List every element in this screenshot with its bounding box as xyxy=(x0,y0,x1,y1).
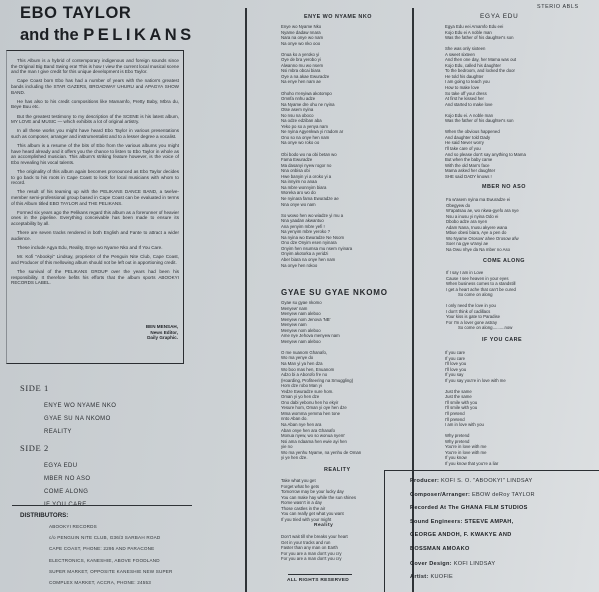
lyrics-title-enye-wo-nyame-nko: ENYE WO NYAME NKO xyxy=(304,14,372,20)
credit-label: Recorded At The xyxy=(410,505,459,511)
distributor-line: SUPER MARKET, OPPOSITE KANESHIE NEW SUPE… xyxy=(49,569,173,574)
side-heading: SIDE 1 xyxy=(20,383,49,393)
credit-label: Artist: xyxy=(410,574,429,580)
credit-value: KOFI S. O. "ABOOKYI" LINDSAY xyxy=(441,478,533,484)
liner-paragraph: This Album is a hybrid of contemporary i… xyxy=(11,58,179,75)
credit-label: Sound Engineers: xyxy=(410,519,463,525)
track-title: ENYE WO NYAME NKO xyxy=(44,403,116,409)
lyrics-title-reality: REALITY xyxy=(324,467,351,473)
credit-value: GHANA FILM STUDIOS xyxy=(461,505,528,511)
liner-paragraph: Mr. Kofi "Abookyi" Lindsay, proprietor o… xyxy=(11,254,179,265)
liner-paragraph: In all these works you might have heard … xyxy=(11,128,179,139)
lyrics-come-along: If I say I am in Love Cause I see heaven… xyxy=(446,270,516,331)
liner-notes-signature: BEN MENSAH,News Editor,Daily Graphic. xyxy=(118,324,178,341)
track-title: MBER NO ASO xyxy=(44,476,90,482)
credit-label: Cover Design: xyxy=(410,561,452,567)
credit-row: Artist: KUOFIE xyxy=(410,574,535,588)
distributors-divider xyxy=(12,505,192,506)
liner-paragraph: Cape Coast born Ebo has had a number of … xyxy=(11,78,179,95)
distributor-line: ABOOKYI RECORDS xyxy=(49,524,173,529)
credits-list: Producer: KOFI S. O. "ABOOKYI" LINDSAYCo… xyxy=(410,478,535,588)
credit-row: Sound Engineers: STEEVE AMPAH, xyxy=(410,519,535,533)
liner-paragraph: He has also to his credit compositions l… xyxy=(11,99,179,110)
credit-row: BOSSMAN AMOAKO xyxy=(410,546,535,561)
credit-value: KUOFIE xyxy=(430,574,453,580)
liner-paragraph: This album is a resume of the bits of Eb… xyxy=(11,143,179,165)
credit-value: KOFI LINDSAY xyxy=(454,561,496,567)
liner-notes: This Album is a hybrid of contemporary i… xyxy=(11,58,179,289)
lyrics-title-come-along: COME ALONG xyxy=(483,258,525,264)
liner-paragraph: The originality of this album again beco… xyxy=(11,169,179,186)
liner-paragraph: The survival of the PELIKANS GROUP over … xyxy=(11,269,179,286)
distributor-line: CAPE COAST, PHONE: 2295 AND PARACONE xyxy=(49,546,173,551)
lyrics-mber-no-aso: Fa w'asem nyina ma Ewuradze ei Obegyew d… xyxy=(446,197,519,252)
stereo-catalog-label: STERIO ABLS xyxy=(537,4,579,10)
lyrics-title-if-you-care: IF YOU CARE xyxy=(482,337,522,343)
lyrics-reality-verse-2: Don't wait till she breaks your heart Ge… xyxy=(281,534,348,562)
liner-paragraph: There are seven tracks rendered in both … xyxy=(11,230,179,241)
lyrics-egya-edu: Egya Edu eei Amamfo Edu eei Kojo Edu ei … xyxy=(445,24,526,179)
credit-label: Composer/Arranger: xyxy=(410,492,470,498)
track-title: GYAE SU NA NKOMO xyxy=(44,416,111,422)
album-band-title: and the PELIKANS xyxy=(20,26,195,45)
credit-row: Producer: KOFI S. O. "ABOOKYI" LINDSAY xyxy=(410,478,535,492)
column-divider-left xyxy=(245,8,247,592)
credit-label: Producer: xyxy=(410,478,439,484)
credit-value: STEEVE AMPAH, xyxy=(465,519,514,525)
signature-line: Daily Graphic. xyxy=(118,335,178,341)
credit-value: GEORGE ANDOH, F. KWAKYE AND xyxy=(410,532,512,538)
liner-paragraph: Formed six years ago the Pelikans regard… xyxy=(11,210,179,227)
lyrics-title-egya-edu: EGYA EDU xyxy=(480,13,519,20)
distributors-heading: DISTRIBUTORS: xyxy=(20,512,68,519)
album-artist-title: EBO TAYLOR xyxy=(20,4,131,23)
liner-paragraph: These include Agya Edu, Reality, Enye wo… xyxy=(11,245,179,251)
distributor-line: c/o PENGUIN NITE CLUB, G36/3 SARBAH ROAD xyxy=(49,535,173,540)
lyrics-gyae-su-gyae-nkomo: Gyae su gyae nkomo Menyew' nam Menyew na… xyxy=(281,300,361,461)
rights-divider xyxy=(288,574,352,575)
band-name: PELIKANS xyxy=(83,26,194,44)
lyrics-title-gyae-su-gyae-nkomo: GYAE SU GYAE NKOMO xyxy=(281,288,388,297)
distributor-line: ELECTRONICS, KANESHIE, ABOVE FOODLAND xyxy=(49,558,173,563)
all-rights-reserved: ALL RIGHTS RESERVED xyxy=(287,578,349,583)
side-heading: SIDE 2 xyxy=(20,443,49,453)
liner-paragraph: But the greatest testimony to my descrip… xyxy=(11,114,179,125)
credit-row: Composer/Arranger: EBOW deRoy TAYLOR xyxy=(410,492,535,506)
credit-value: BOSSMAN AMOAKO xyxy=(410,546,470,552)
track-title: REALITY xyxy=(44,429,72,435)
liner-paragraph: The result of his teaming up with the PE… xyxy=(11,189,179,206)
credit-value: EBOW deRoy TAYLOR xyxy=(472,492,535,498)
track-title: COME ALONG xyxy=(44,489,88,495)
lyrics-title-mber-no-aso: MBER NO ASO xyxy=(482,184,526,190)
credit-row: Recorded At The GHANA FILM STUDIOS xyxy=(410,505,535,519)
lyrics-enye-wo-nyame-nko: Enye wo Nyame Nko Nyame dadaw nnara Nara… xyxy=(281,24,352,268)
credit-row: GEORGE ANDOH, F. KWAKYE AND xyxy=(410,532,535,546)
credit-row: Cover Design: KOFI LINDSAY xyxy=(410,561,535,575)
lyrics-reality: Take what you get Forget what he gets To… xyxy=(281,478,356,522)
distributors-list: ABOOKYI RECORDSc/o PENGUIN NITE CLUB, G3… xyxy=(49,524,173,591)
lyrics-reality-refrain: Reality xyxy=(314,523,333,528)
and-the-text: and the xyxy=(20,26,79,44)
lyrics-if-you-care: If you care If you care I'll love you I'… xyxy=(445,350,506,466)
track-title: EGYA EDU xyxy=(44,463,77,469)
distributor-line: COMPLEX MARKET, ACCRA, PHONE: 24553 xyxy=(49,580,173,585)
